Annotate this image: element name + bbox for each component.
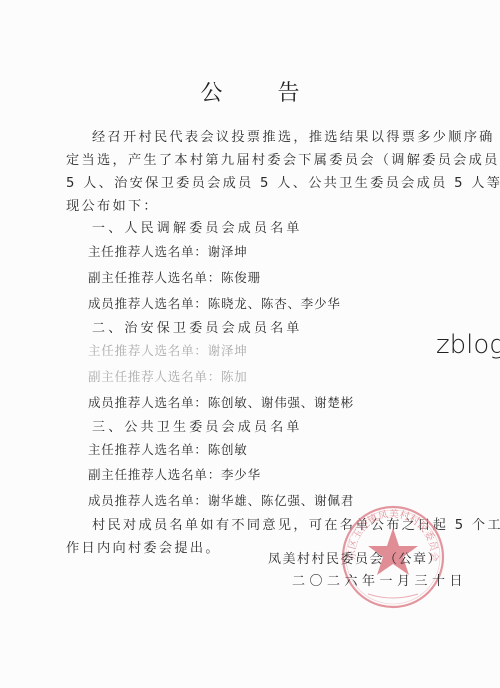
section-1-director: 主任推荐人选名单：谢泽坤 — [88, 242, 248, 260]
section-2-deputy: 副主任推荐人选名单：陈加 — [88, 367, 248, 385]
section-1-members: 成员推荐人选名单：陈晓龙、陈杏、李少华 — [88, 294, 341, 312]
section-3-deputy: 副主任推荐人选名单：李少华 — [88, 465, 261, 483]
intro-line-1: 经召开村民代表会议投票推选，推选结果以得票多少顺序确 — [92, 126, 495, 145]
section-3-director: 主任推荐人选名单：陈创敏 — [88, 440, 248, 458]
section-2-members: 成员推荐人选名单：陈创敏、谢伟强、谢楚彬 — [88, 393, 354, 411]
intro-line-4: 现公布如下： — [66, 195, 159, 214]
closing-line-2: 作日内向村委会提出。 — [66, 537, 221, 556]
section-1-deputy: 副主任推荐人选名单：陈俊珊 — [88, 268, 261, 286]
section-1-heading: 一、人民调解委员会成员名单 — [92, 217, 303, 236]
section-2-director: 主任推荐人选名单：谢泽坤 — [88, 341, 248, 359]
intro-line-3: 5 人、治安保卫委员会成员 5 人、公共卫生委员会成员 5 人等）， — [66, 172, 500, 191]
section-2-heading: 二、治安保卫委员会成员名单 — [92, 317, 303, 336]
signature-committee: 凤美村村民委员会（公章） — [268, 548, 442, 567]
intro-line-2: 定当选，产生了本村第九届村委会下属委员会（调解委员会成员 — [66, 149, 500, 168]
signature-date: 二〇二六年一月三十日 — [292, 570, 467, 589]
document-title: 公 告 — [0, 76, 500, 107]
section-3-members: 成员推荐人选名单：谢华雄、陈亿强、谢佩君 — [88, 491, 354, 509]
site-watermark: zblog — [436, 330, 500, 360]
section-3-heading: 三、公共卫生委员会成员名单 — [92, 416, 303, 435]
notice-page: 公 告 经召开村民代表会议投票推选，推选结果以得票多少顺序确 定当选，产生了本村… — [0, 0, 500, 688]
